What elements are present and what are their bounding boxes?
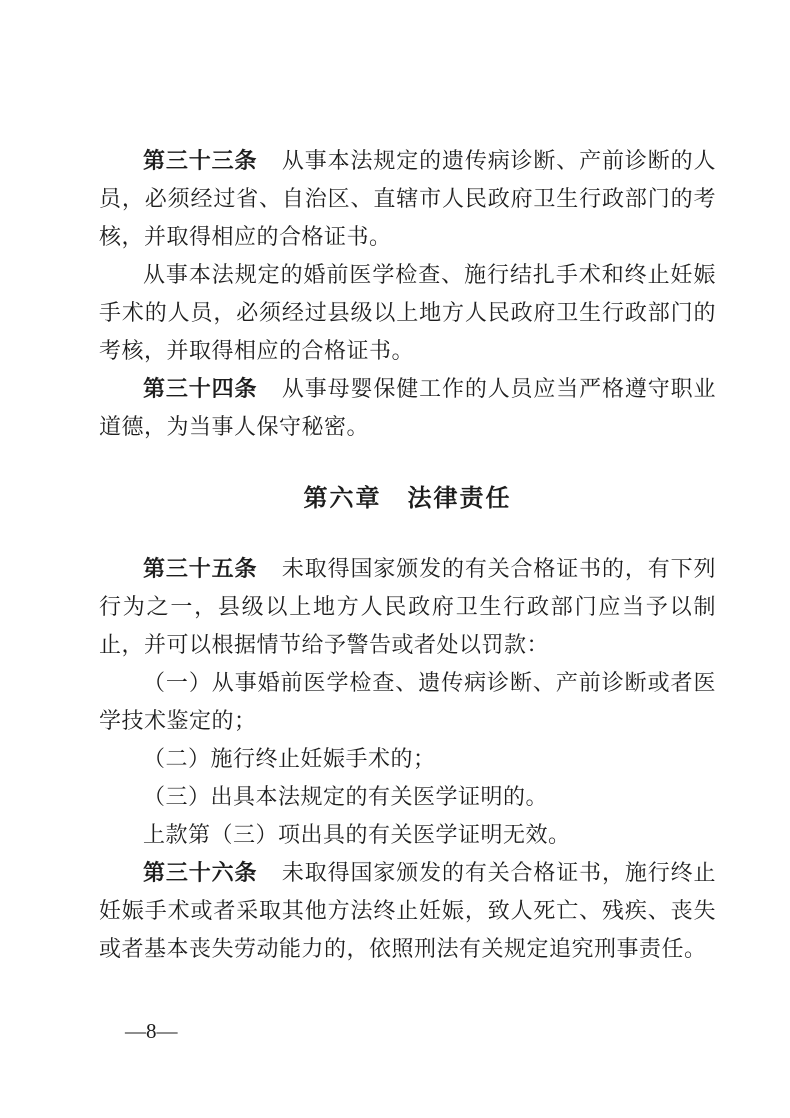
paragraph-clause-note: 上款第（三）项出具的有关医学证明无效。 [99, 816, 716, 854]
clause-note-text: 上款第（三）项出具的有关医学证明无效。 [143, 822, 571, 847]
paragraph-article-33-continued: 从事本法规定的婚前医学检查、施行结扎手术和终止妊娠手术的人员，必须经过县级以上地… [99, 256, 716, 370]
paragraph-article-36: 第三十六条未取得国家颁发的有关合格证书，施行终止妊娠手术或者采取其他方法终止妊娠… [99, 854, 716, 968]
paragraph-article-33: 第三十三条从事本法规定的遗传病诊断、产前诊断的人员，必须经过省、自治区、直辖市人… [99, 142, 716, 256]
article-33-number: 第三十三条 [143, 148, 257, 173]
article-33-continued-text: 从事本法规定的婚前医学检查、施行结扎手术和终止妊娠手术的人员，必须经过县级以上地… [99, 262, 716, 363]
paragraph-article-34: 第三十四条从事母婴保健工作的人员应当严格遵守职业道德，为当事人保守秘密。 [99, 370, 716, 446]
page-number: —8— [125, 1020, 178, 1042]
list-item-3: （三）出具本法规定的有关医学证明的。 [99, 778, 716, 816]
document-content: 第三十三条从事本法规定的遗传病诊断、产前诊断的人员，必须经过省、自治区、直辖市人… [99, 142, 716, 968]
list-item-3-text: （三）出具本法规定的有关医学证明的。 [143, 784, 548, 809]
list-item-1-text: （一）从事婚前医学检查、遗传病诊断、产前诊断或者医学技术鉴定的； [99, 670, 716, 733]
list-item-2: （二）施行终止妊娠手术的； [99, 740, 716, 778]
article-34-number: 第三十四条 [143, 376, 257, 401]
paragraph-article-35: 第三十五条未取得国家颁发的有关合格证书的，有下列行为之一，县级以上地方人民政府卫… [99, 550, 716, 664]
article-35-number: 第三十五条 [143, 556, 257, 581]
article-36-number: 第三十六条 [143, 860, 257, 885]
list-item-2-text: （二）施行终止妊娠手术的； [143, 746, 436, 771]
chapter-heading: 第六章 法律责任 [99, 480, 716, 518]
list-item-1: （一）从事婚前医学检查、遗传病诊断、产前诊断或者医学技术鉴定的； [99, 664, 716, 740]
document-page: 第三十三条从事本法规定的遗传病诊断、产前诊断的人员，必须经过省、自治区、直辖市人… [0, 0, 790, 1118]
